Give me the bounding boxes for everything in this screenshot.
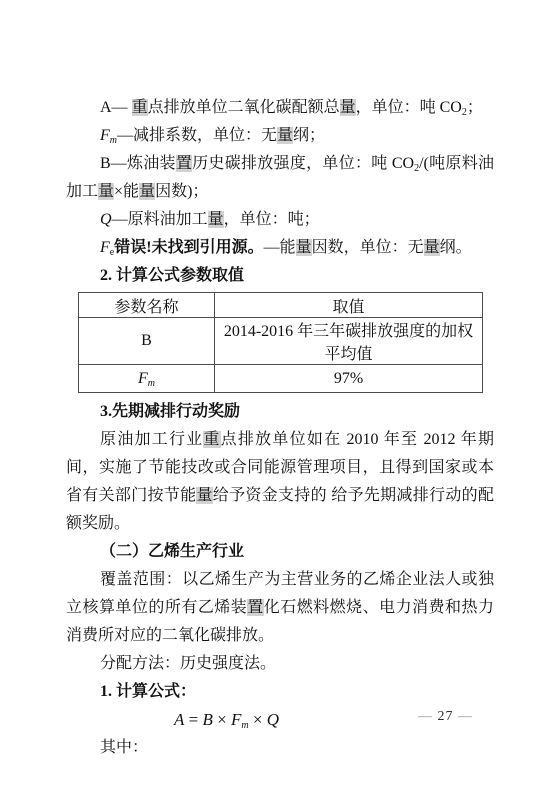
parameter-table: 参数名称 取值 B 2014-2016 年三年碳排放强度的加权平均值 Fm 97… [78,292,483,393]
param-name-cell: B [79,318,215,365]
document-page: A— 重点排放单位二氧化碳配额总量，单位：吨 CO2； Fm—减排系数，单位：无… [66,94,494,762]
table-row: Fm 97% [79,365,483,393]
heading-parameter-values: 2. 计算公式参数取值 [66,262,494,290]
para-allocation-method: 分配方法：历史强度法。 [66,650,494,678]
param-value-cell: 97% [215,365,483,393]
heading-early-reduction-award: 3.先期减排行动奖励 [66,398,494,426]
definition-q: Q—原料油加工量，单位：吨； [66,206,494,234]
para-early-reduction-award: 原油加工行业重点排放单位如在 2010 年至 2012 年期间，实施了节能技改或… [66,426,494,538]
definition-a: A— 重点排放单位二氧化碳配额总量，单位：吨 CO2； [66,94,494,122]
param-value-cell: 2014-2016 年三年碳排放强度的加权平均值 [215,318,483,365]
param-name-cell: Fm [79,365,215,393]
param-value-header: 取值 [215,293,483,318]
table-header-row: 参数名称 取值 [79,293,483,318]
table-row: B 2014-2016 年三年碳排放强度的加权平均值 [79,318,483,365]
heading-calculation-formula: 1. 计算公式： [66,678,494,706]
definition-fm: Fm—减排系数，单位：无量纲； [66,122,494,150]
heading-section-ethylene: （二）乙烯生产行业 [66,538,494,566]
param-name-header: 参数名称 [79,293,215,318]
page-number: — 27 — [418,708,473,726]
para-coverage-scope: 覆盖范围：以乙烯生产为主营业务的乙烯企业法人或独立核算单位的所有乙烯装置化石燃料… [66,566,494,650]
definition-b: B—炼油装置历史碳排放强度，单位：吨 CO2/(吨原料油加工量×能量因数)； [66,150,494,206]
para-where: 其中： [66,734,494,762]
definition-fe: Fe错误!未找到引用源。—能量因数，单位：无量纲。 [66,234,494,262]
